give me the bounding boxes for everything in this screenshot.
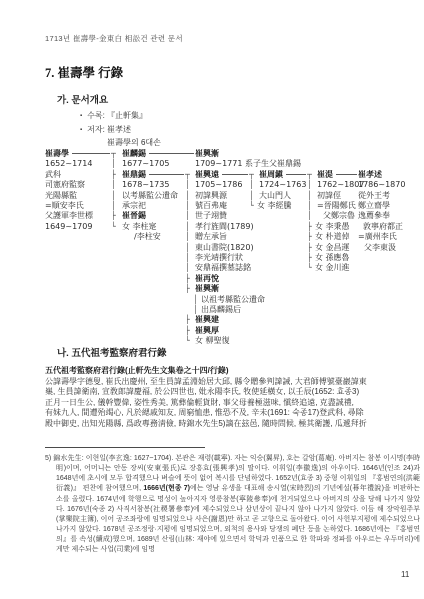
tree-connector-glyph: └ bbox=[307, 263, 312, 272]
tree-cell: 女 金昌運 bbox=[315, 243, 350, 252]
tree-cell: 1709~1771 系子生父崔鼎錫 bbox=[195, 159, 301, 168]
body-line: 有妹九人, 間遭殆竭心, 凡於緦戚知友, 周窮恤患, 惟恐不及, 辛未(1691… bbox=[45, 408, 367, 419]
tree-connector-glyph: ├ bbox=[185, 326, 190, 335]
tree-connector-line bbox=[286, 174, 306, 175]
tree-cell: 1677~1705 bbox=[122, 159, 169, 168]
tree-cell: 鄭立齋學 bbox=[358, 201, 390, 210]
tree-cell: 女 朴道倬 bbox=[315, 232, 350, 241]
tree-connector-glyph: └ bbox=[249, 201, 254, 210]
tree-connector-line bbox=[149, 174, 184, 175]
tree-connector-line bbox=[72, 153, 110, 154]
footnote-divider bbox=[45, 447, 205, 448]
tree-cell: 1705~1786 bbox=[195, 180, 242, 189]
tree-connector-glyph: ├ bbox=[185, 315, 190, 324]
tree-cell: 初諱興源 bbox=[195, 191, 227, 200]
tree-connector-glyph: ├ bbox=[307, 232, 312, 241]
footnote-marker: 5) bbox=[45, 455, 51, 462]
tree-cell: 崔湜 bbox=[317, 170, 333, 179]
tree-cell: 逸薦參奉 bbox=[358, 211, 390, 220]
tree-cell: 1652~1714 bbox=[45, 159, 92, 168]
tree-connector-glyph: ├ bbox=[307, 253, 312, 262]
tree-cell: 敦寧府都正 bbox=[363, 222, 403, 231]
body-line: 正月一日生公, 儀幹豐偉, 姿性秀美, 篤彝倫輕貨財, 事父母養極滋味, 愼終追… bbox=[45, 398, 367, 409]
tree-connector-glyph: └ bbox=[111, 222, 116, 231]
tree-cell: 崔晉錫 bbox=[122, 211, 146, 220]
tree-cell: 李光靖撰行狀 bbox=[195, 253, 243, 262]
tree-cell: 崔興厚 bbox=[195, 326, 219, 335]
tree-cell: 崔壽學 bbox=[45, 149, 69, 158]
tree-cell: 世子翊贊 bbox=[195, 211, 227, 220]
tree-cell: =廣州李氏 bbox=[358, 232, 397, 241]
tree-connector-glyph: ├ bbox=[307, 222, 312, 231]
subsection-na-heading: 나. 五代祖考監察府君行錄 bbox=[57, 345, 166, 359]
tree-connector-glyph: │ bbox=[111, 180, 116, 189]
tree-connector-glyph: │ bbox=[111, 191, 116, 200]
footnote-text-post: 에는 영남 유생을 대표해 송시열(宋時烈)의 기년예설(朞年禮說)을 비판하는… bbox=[56, 485, 420, 553]
tree-cell: 1678~1735 bbox=[122, 180, 169, 189]
tree-cell: 女 李柱寔 bbox=[122, 222, 157, 231]
tree-cell: 父護軍李世標 bbox=[45, 211, 93, 220]
tree-connector-glyph: ┬ bbox=[185, 170, 190, 179]
tree-connector-glyph: │ bbox=[185, 222, 190, 231]
tree-connector-glyph: ├ bbox=[111, 211, 116, 220]
tree-connector-glyph: └ bbox=[185, 336, 190, 345]
tree-cell: 武科 bbox=[45, 170, 61, 179]
tree-cell: 崔孝述 bbox=[358, 170, 382, 179]
tree-cell: 崔周鎭 bbox=[259, 170, 283, 179]
tree-cell: 1649~1709 bbox=[45, 222, 92, 231]
body-line: 㠍, 生員諱衛南, 宣敎郎諱慶福, 於公四世也, 妣永陽李氏, 牧使延橫女, 以… bbox=[45, 387, 367, 398]
tree-connector-glyph: │ bbox=[249, 180, 254, 189]
tree-cell: 1724~1763 bbox=[259, 180, 306, 189]
tree-connector-line bbox=[336, 174, 357, 175]
tree-cell: 大山門人 bbox=[259, 191, 291, 200]
tree-cell: 贈左承旨 bbox=[195, 232, 227, 241]
tree-cell: 1786~1870 bbox=[358, 180, 405, 189]
tree-cell: 崔興漸 bbox=[195, 284, 219, 293]
tree-cell: 女 柳聖復 bbox=[195, 336, 230, 345]
tree-cell: 父李東汲 bbox=[364, 243, 396, 252]
tree-cell: 女 李秉愚 bbox=[315, 222, 350, 231]
tree-connector-glyph: │ bbox=[307, 201, 312, 210]
footnote: 5) 錦水先生: 이현일(李玄逸: 1627~1704). 본관은 재령(載寧)… bbox=[45, 454, 420, 556]
tree-connector-glyph: ├ bbox=[307, 243, 312, 252]
tree-connector-glyph: │ bbox=[185, 201, 190, 210]
tree-connector-glyph: │ bbox=[307, 211, 312, 220]
footnote-text-bold: 1666년(현종 7) bbox=[143, 485, 190, 492]
tree-cell: 女 李經騰 bbox=[257, 201, 292, 210]
tree-cell: 以考縣監公遺命 bbox=[122, 191, 178, 200]
tree-cell: 光陽縣監 bbox=[45, 191, 77, 200]
tree-cell: 號百弗庵 bbox=[195, 201, 227, 210]
tree-cell: 崔興漸 bbox=[195, 149, 219, 158]
tree-connector-glyph: ┬ bbox=[307, 170, 312, 179]
tree-connector-glyph: │ bbox=[185, 191, 190, 200]
tree-cell: 以祖考縣監公遺命 bbox=[201, 295, 265, 304]
tree-connector-glyph: │ bbox=[185, 232, 190, 241]
tree-cell: /李柱安 bbox=[134, 232, 161, 241]
tree-cell: 女 金川進 bbox=[315, 263, 350, 272]
tree-cell: 安鼎福撰墓誌銘 bbox=[195, 263, 251, 272]
tree-connector-line bbox=[149, 153, 194, 154]
tree-connector-glyph: ├ bbox=[185, 274, 190, 283]
tree-connector-glyph: ├ bbox=[111, 170, 116, 179]
tree-cell: 崔麟錫 bbox=[122, 149, 146, 158]
tree-connector-glyph: │ bbox=[193, 305, 198, 314]
tree-cell: 父鄭宗魯 bbox=[323, 211, 355, 220]
tree-cell: 承宗祀 bbox=[122, 201, 146, 210]
body-line: 五代祖考監察府君行錄(止軒先生文集卷之十四/行錄) bbox=[45, 366, 367, 377]
tree-cell: 從外王考 bbox=[358, 191, 390, 200]
tree-connector-glyph: ┬ bbox=[249, 170, 254, 179]
body-line: 公諱壽學字德叟, 崔氏出慶州, 至生員諱孟淵始居大邱, 縣令贈參判諱誡, 大君師… bbox=[45, 377, 367, 388]
tree-cell: 崔鼎錫 bbox=[122, 170, 146, 179]
tree-connector-glyph: │ bbox=[307, 180, 312, 189]
page-number: 11 bbox=[401, 570, 409, 579]
tree-connector-glyph: │ bbox=[111, 159, 116, 168]
tree-cell: 崔再悅 bbox=[195, 274, 219, 283]
tree-cell: 崔興遠 bbox=[195, 170, 219, 179]
document-page: 1713년 崔壽學-金東白 相訟건 관련 문서 7. 崔壽學 行錄 가. 문서개… bbox=[0, 0, 424, 599]
tree-cell: 崔興建 bbox=[195, 315, 219, 324]
tree-connector-glyph: │ bbox=[185, 253, 190, 262]
tree-connector-glyph: │ bbox=[111, 201, 116, 210]
tree-connector-glyph: ├ bbox=[185, 284, 190, 293]
tree-connector-glyph: │ bbox=[307, 191, 312, 200]
tree-connector-glyph: │ bbox=[185, 211, 190, 220]
tree-cell: 出爲麟錫后 bbox=[201, 305, 241, 314]
tree-connector-glyph: ┬ bbox=[111, 149, 116, 158]
tree-cell: =晉陽鄭氏 bbox=[317, 201, 356, 210]
document-body: 五代祖考監察府君行錄(止軒先生文集卷之十四/行錄) 公諱壽學字德叟, 崔氏出慶州… bbox=[45, 366, 367, 430]
tree-cell: 初諱俓 bbox=[317, 191, 341, 200]
tree-cell: 司憲府監察 bbox=[45, 180, 85, 189]
tree-connector-glyph: │ bbox=[249, 191, 254, 200]
tree-cell: 女 孫應魯 bbox=[315, 253, 350, 262]
tree-cell: 孝行旌閭(1789) bbox=[195, 222, 254, 231]
tree-cell: 東山書院(1820) bbox=[195, 243, 254, 252]
tree-connector-glyph: │ bbox=[185, 180, 190, 189]
tree-connector-glyph: │ bbox=[185, 243, 190, 252]
tree-cell: =順安李氏 bbox=[45, 201, 84, 210]
body-line: 殿中御史, 出知光陽縣, 爲政專務淸儉, 時錦水先生5)謫在玆邑, 隨時問候, … bbox=[45, 419, 367, 430]
tree-connector-glyph: │ bbox=[193, 295, 198, 304]
tree-connector-line bbox=[222, 174, 248, 175]
tree-connector-glyph: │ bbox=[185, 263, 190, 272]
